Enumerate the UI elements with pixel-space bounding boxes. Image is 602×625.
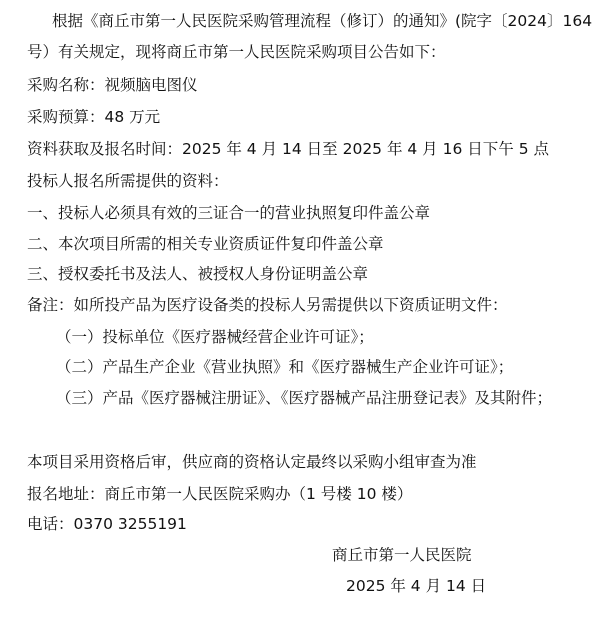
material-item: 三、授权委托书及法人、被授权人身份证明盖公章 [27, 264, 368, 284]
intro-line-2: 号）有关规定，现将商丘市第一人民医院采购项目公告如下： [27, 42, 446, 62]
material-item: 二、本次项目所需的相关专业资质证件复印件盖公章 [27, 234, 384, 254]
procurement-budget: 采购预算：48 万元 [27, 107, 160, 127]
qualification-review: 本项目采用资格后审，供应商的资格认定最终以采购小组审查为准 [27, 452, 477, 472]
material-item: 一、投标人必须具有效的三证合一的营业执照复印件盖公章 [27, 203, 430, 223]
registration-time: 资料获取及报名时间：2025 年 4 月 14 日至 2025 年 4 月 16… [27, 139, 549, 159]
signature-date: 2025 年 4 月 14 日 [346, 576, 486, 596]
phone-number: 电话：0370 3255191 [27, 514, 187, 534]
note-heading: 备注：如所投产品为医疗设备类的投标人另需提供以下资质证明文件： [27, 295, 508, 315]
procurement-name: 采购名称：视频脑电图仪 [27, 75, 198, 95]
intro-line-1: 根据《商丘市第一人民医院采购管理流程（修订）的通知》(院字〔2024〕164 [52, 11, 592, 31]
materials-heading: 投标人报名所需提供的资料： [27, 171, 229, 191]
note-item: （二）产品生产企业《营业执照》和《医疗器械生产企业许可证》； [56, 357, 513, 377]
note-item: （三）产品《医疗器械注册证》、《医疗器械产品注册登记表》及其附件； [56, 388, 552, 408]
registration-address: 报名地址：商丘市第一人民医院采购办（1 号楼 10 楼） [27, 484, 412, 504]
note-item: （一）投标单位《医疗器械经营企业许可证》； [56, 327, 374, 347]
signature-organization: 商丘市第一人民医院 [332, 545, 472, 565]
